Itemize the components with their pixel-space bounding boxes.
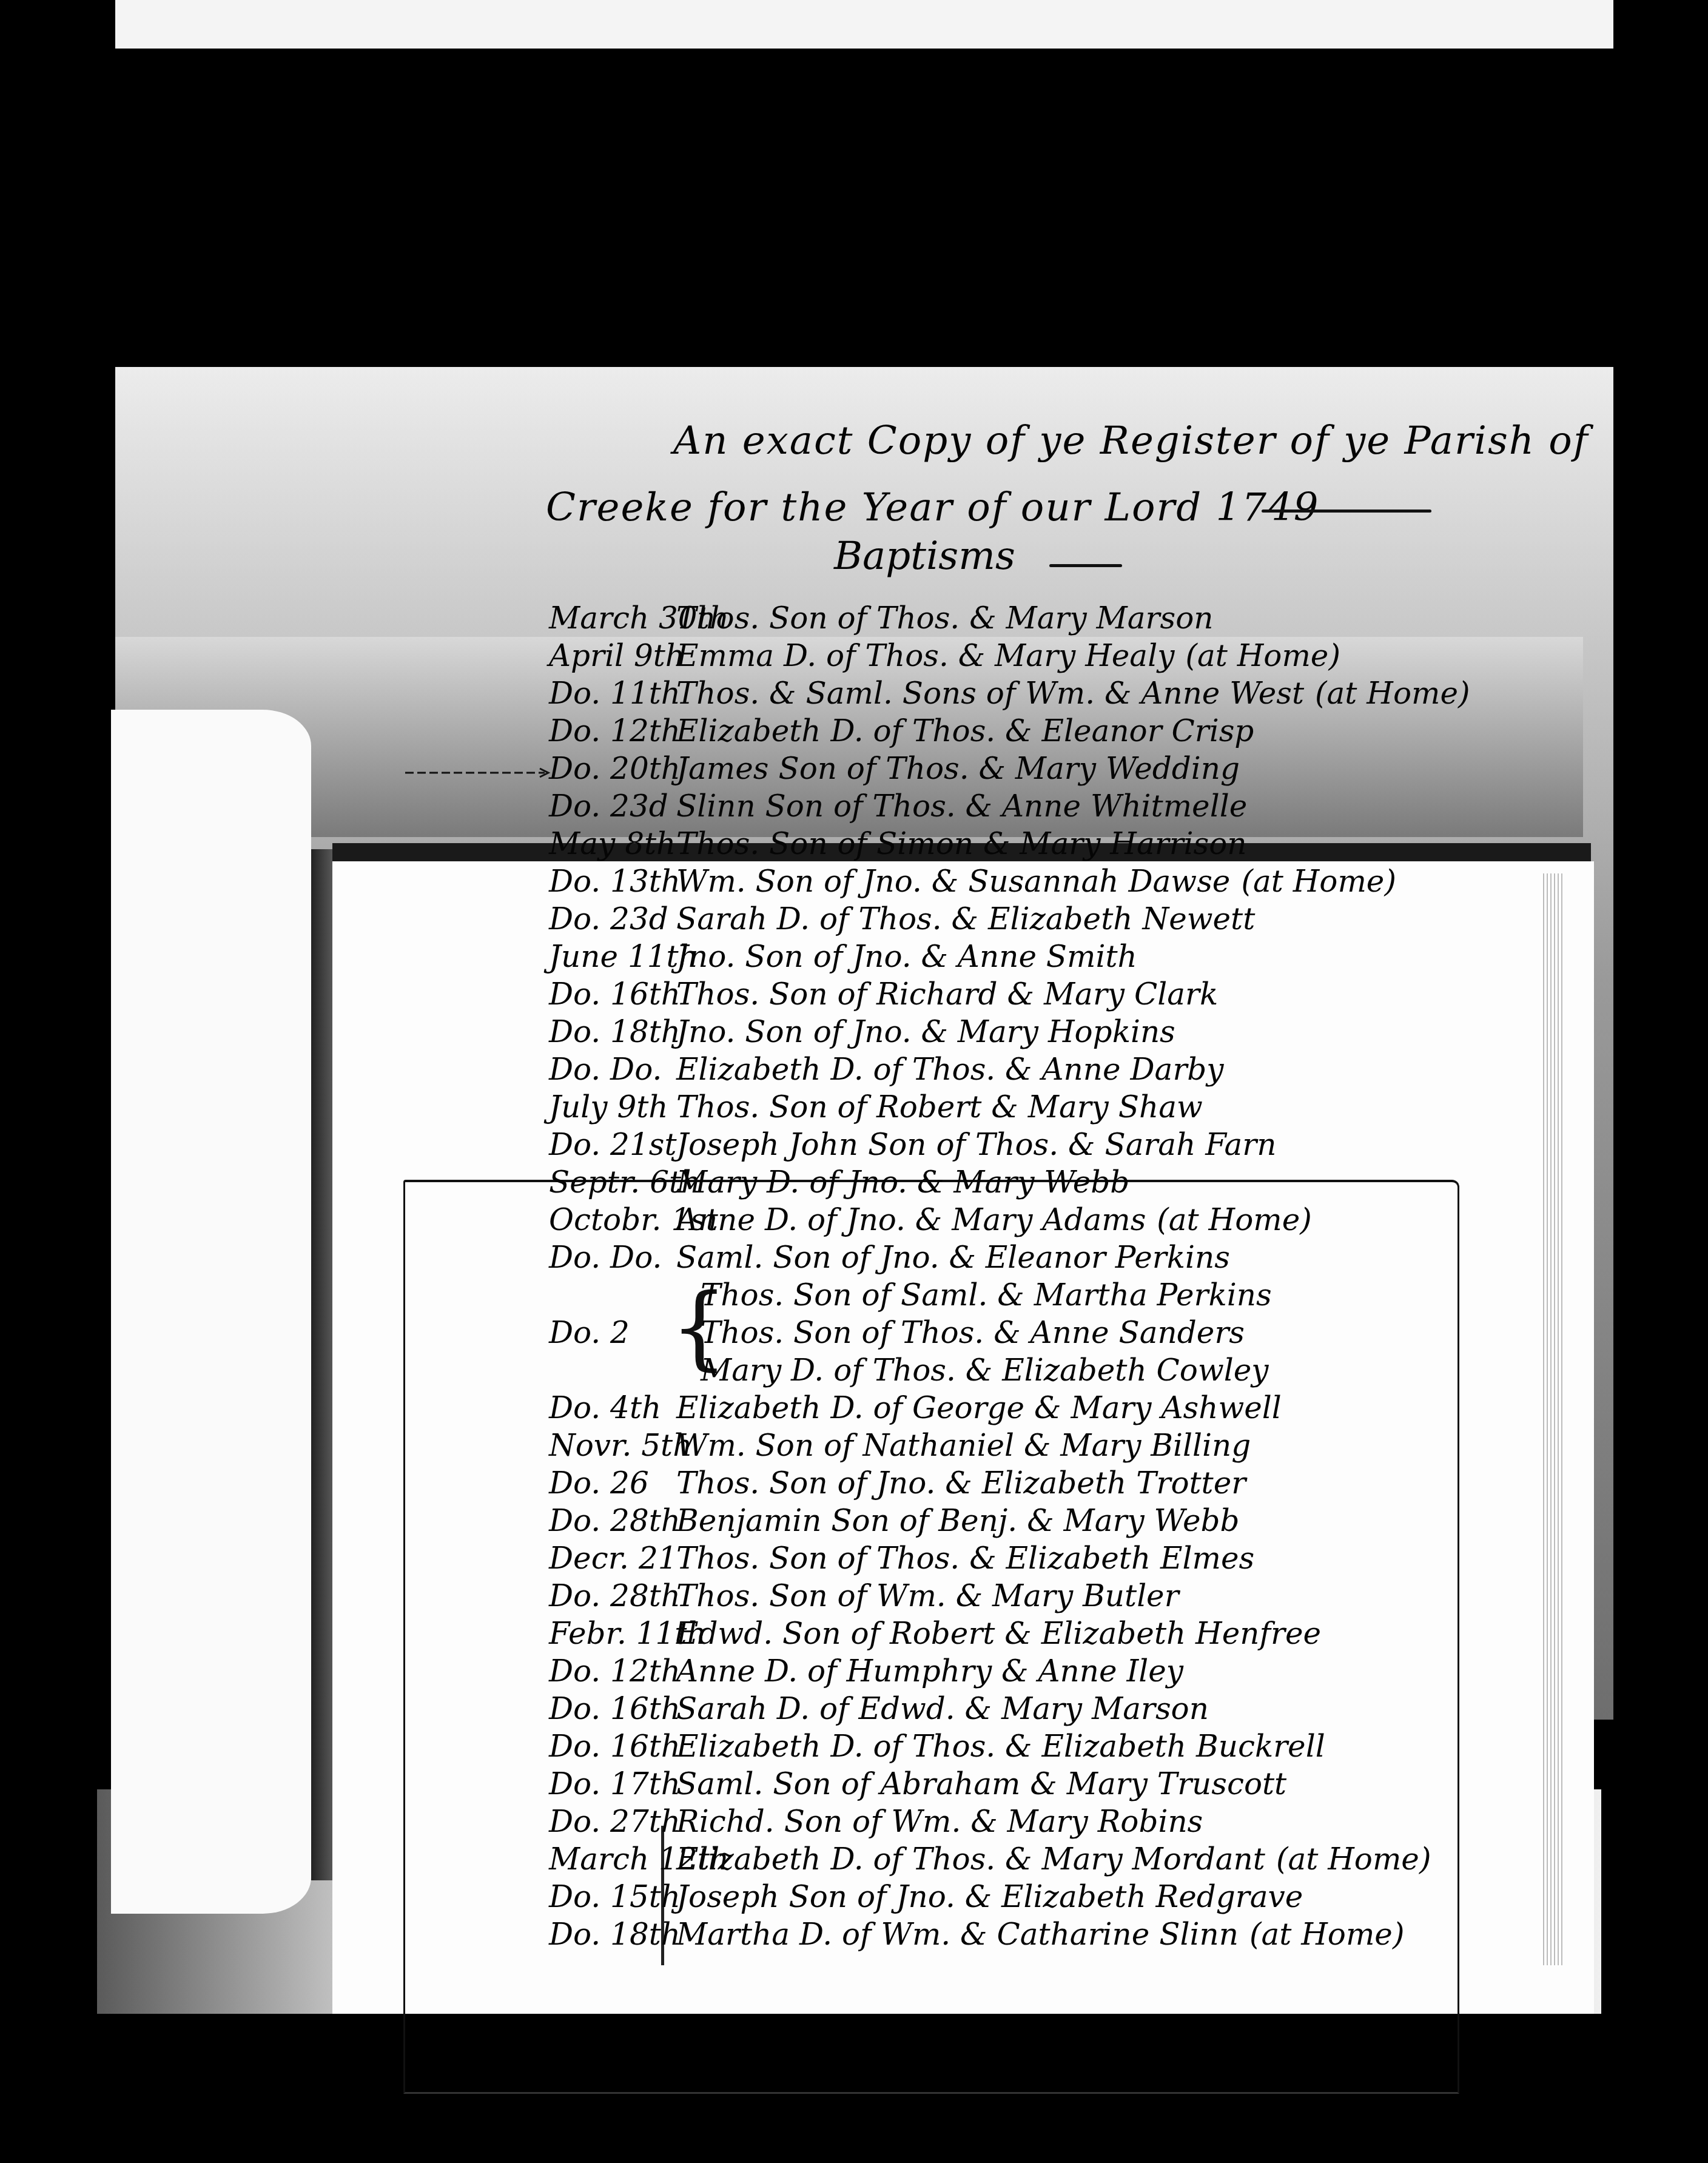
baptism-entry: Septr. 6thMary D. of Jno. & Mary Webb bbox=[549, 1165, 1459, 1202]
margin-arrow-icon bbox=[405, 767, 557, 779]
title-flourish bbox=[1262, 510, 1431, 513]
entry-text: Benjamin Son of Benj. & Mary Webb bbox=[676, 1503, 1240, 1538]
entry-text: James Son of Thos. & Mary Wedding bbox=[676, 751, 1240, 786]
entry-date: June 11th bbox=[549, 939, 676, 974]
baptism-entry: Febr. 11thEdwd. Son of Robert & Elizabet… bbox=[549, 1616, 1459, 1653]
entry-text: Thos. Son of Robert & Mary Shaw bbox=[676, 1089, 1203, 1125]
baptism-entry: Do. 28thThos. Son of Wm. & Mary Butler bbox=[549, 1578, 1459, 1616]
entry-note: (at Home) bbox=[1185, 638, 1340, 673]
entry-text: Edwd. Son of Robert & Elizabeth Henfree bbox=[676, 1616, 1321, 1651]
baptism-entry: June 11thJno. Son of Jno. & Anne Smith bbox=[549, 939, 1459, 977]
entry-text: Wm. Son of Jno. & Susannah Dawse bbox=[676, 864, 1230, 899]
entry-text: Saml. Son of Abraham & Mary Truscott bbox=[676, 1766, 1286, 1801]
entry-date: Do. 18th bbox=[549, 1917, 676, 1952]
entry-date: Octobr. 1st bbox=[549, 1202, 676, 1237]
entry-date: Do. 15th bbox=[549, 1879, 676, 1914]
baptism-entry: March 30thThos. Son of Thos. & Mary Mars… bbox=[549, 600, 1459, 638]
entry-text: Thos. Son of Saml. & Martha Perkins bbox=[701, 1277, 1272, 1313]
entry-date: Do. 23d bbox=[549, 901, 676, 937]
entry-date: Do. 11th bbox=[549, 676, 676, 711]
entry-date: April 9th bbox=[549, 638, 676, 673]
baptism-entry: Do. Do.Elizabeth D. of Thos. & Anne Darb… bbox=[549, 1052, 1459, 1089]
entry-text: Thos. Son of Wm. & Mary Butler bbox=[676, 1578, 1179, 1613]
baptism-entry: Do. 23dSarah D. of Thos. & Elizabeth New… bbox=[549, 901, 1459, 939]
baptism-entry: Do. 12thElizabeth D. of Thos. & Eleanor … bbox=[549, 713, 1459, 751]
entry-date: Do. 13th bbox=[549, 864, 676, 899]
entry-date: Do. 16th bbox=[549, 977, 676, 1012]
entry-text: Sarah D. of Thos. & Elizabeth Newett bbox=[676, 901, 1255, 937]
entry-date: Do. Do. bbox=[549, 1052, 676, 1087]
title-line-1: An exact Copy of ye Register of ye Paris… bbox=[673, 419, 1589, 463]
entry-date: Do. 16th bbox=[549, 1691, 676, 1726]
entry-date: Febr. 11th bbox=[549, 1616, 676, 1651]
entry-text: Elizabeth D. of Thos. & Mary Mordant bbox=[676, 1842, 1265, 1877]
entry-note: (at Home) bbox=[1276, 1842, 1431, 1877]
entry-date: Septr. 6th bbox=[549, 1165, 676, 1200]
entry-date: May 8th bbox=[549, 826, 676, 861]
baptism-entry: Do. Do.Saml. Son of Jno. & Eleanor Perki… bbox=[549, 1240, 1459, 1277]
entry-date: Do. 28th bbox=[549, 1578, 676, 1613]
entry-text: Thos. Son of Thos. & Elizabeth Elmes bbox=[676, 1541, 1254, 1576]
baptism-entry: May 8thThos. Son of Simon & Mary Harriso… bbox=[549, 826, 1459, 864]
entry-text: Anne D. of Jno. & Mary Adams bbox=[676, 1202, 1146, 1237]
entry-text: Mary D. of Thos. & Elizabeth Cowley bbox=[701, 1353, 1269, 1388]
baptism-entry: Do. 28thBenjamin Son of Benj. & Mary Web… bbox=[549, 1503, 1459, 1541]
baptism-entry: Do. 18thJno. Son of Jno. & Mary Hopkins bbox=[549, 1014, 1459, 1052]
entry-date: Do. 12th bbox=[549, 1653, 676, 1689]
entry-date: March 12th bbox=[549, 1842, 676, 1877]
baptism-entry: Do. 11thThos. & Saml. Sons of Wm. & Anne… bbox=[549, 676, 1459, 713]
entry-text: Sarah D. of Edwd. & Mary Marson bbox=[676, 1691, 1209, 1726]
entry-date: Do. 12th bbox=[549, 713, 676, 748]
baptism-entry: Do. 13thWm. Son of Jno. & Susannah Dawse… bbox=[549, 864, 1459, 901]
entry-note: (at Home) bbox=[1241, 864, 1396, 899]
baptism-entry: Do. 15thJoseph Son of Jno. & Elizabeth R… bbox=[549, 1879, 1459, 1917]
baptism-entry: Do. 4thElizabeth D. of George & Mary Ash… bbox=[549, 1390, 1459, 1428]
entry-date: Do. 21st bbox=[549, 1127, 676, 1162]
entry-text: Elizabeth D. of Thos. & Elizabeth Buckre… bbox=[676, 1729, 1325, 1764]
baptism-entry: Do. 27thRichd. Son of Wm. & Mary Robins bbox=[549, 1804, 1459, 1842]
baptism-entry: July 9thThos. Son of Robert & Mary Shaw bbox=[549, 1089, 1459, 1127]
entry-date: July 9th bbox=[549, 1089, 676, 1125]
heading-flourish bbox=[1049, 564, 1122, 567]
entry-date: Novr. 5th bbox=[549, 1428, 676, 1463]
baptism-entry: Do. 16thThos. Son of Richard & Mary Clar… bbox=[549, 977, 1459, 1014]
bracketed-entry-group: Do. 2{Thos. Son of Saml. & Martha Perkin… bbox=[549, 1277, 1459, 1390]
baptism-entry: Do. 21stJoseph John Son of Thos. & Sarah… bbox=[549, 1127, 1459, 1165]
baptism-entry: Do. 23dSlinn Son of Thos. & Anne Whitmel… bbox=[549, 789, 1459, 826]
entry-text: Martha D. of Wm. & Catharine Slinn bbox=[676, 1917, 1239, 1952]
register-document: An exact Copy of ye Register of ye Paris… bbox=[0, 0, 1708, 2163]
entry-text: Thos. & Saml. Sons of Wm. & Anne West bbox=[676, 676, 1304, 711]
entry-text: Elizabeth D. of Thos. & Anne Darby bbox=[676, 1052, 1224, 1087]
entry-text: Thos. Son of Thos. & Mary Marson bbox=[676, 600, 1213, 636]
baptism-entry: Do. 18thMartha D. of Wm. & Catharine Sli… bbox=[549, 1917, 1459, 1954]
baptism-entry: Do. 26Thos. Son of Jno. & Elizabeth Trot… bbox=[549, 1465, 1459, 1503]
entry-text: Elizabeth D. of Thos. & Eleanor Crisp bbox=[676, 713, 1254, 748]
entry-date: Do. 4th bbox=[549, 1390, 676, 1425]
entry-text: Joseph Son of Jno. & Elizabeth Redgrave bbox=[676, 1879, 1303, 1914]
baptism-entry: Thos. Son of Saml. & Martha Perkins bbox=[549, 1277, 1459, 1315]
section-heading: Baptisms bbox=[834, 534, 1015, 579]
entry-text: Mary D. of Jno. & Mary Webb bbox=[676, 1165, 1129, 1200]
baptism-entry: Do. 20thJames Son of Thos. & Mary Weddin… bbox=[549, 751, 1459, 789]
entry-date: Do. 27th bbox=[549, 1804, 676, 1839]
baptism-entry: Do. 12thAnne D. of Humphry & Anne Iley bbox=[549, 1653, 1459, 1691]
entry-note: (at Home) bbox=[1249, 1917, 1405, 1952]
entry-text: Jno. Son of Jno. & Anne Smith bbox=[676, 939, 1137, 974]
entry-text: Thos. Son of Thos. & Anne Sanders bbox=[701, 1315, 1245, 1350]
entry-date: Do. 17th bbox=[549, 1766, 676, 1801]
entry-text: Richd. Son of Wm. & Mary Robins bbox=[676, 1804, 1203, 1839]
entry-text: Jno. Son of Jno. & Mary Hopkins bbox=[676, 1014, 1175, 1049]
entry-text: Joseph John Son of Thos. & Sarah Farn bbox=[676, 1127, 1276, 1162]
title-line-2: Creeke for the Year of our Lord 1749 bbox=[546, 485, 1319, 530]
entry-date: Do. 23d bbox=[549, 789, 676, 824]
entry-text: Thos. Son of Jno. & Elizabeth Trotter bbox=[676, 1465, 1246, 1501]
entry-text: Wm. Son of Nathaniel & Mary Billing bbox=[676, 1428, 1251, 1463]
entry-text: Thos. Son of Simon & Mary Harrison bbox=[676, 826, 1247, 861]
entry-text: Thos. Son of Richard & Mary Clark bbox=[676, 977, 1218, 1012]
baptism-entry: April 9thEmma D. of Thos. & Mary Healy(a… bbox=[549, 638, 1459, 676]
entry-date: Do. 16th bbox=[549, 1729, 676, 1764]
baptism-entries: March 30thThos. Son of Thos. & Mary Mars… bbox=[549, 600, 1459, 1954]
entry-date: Do. 20th bbox=[549, 751, 676, 786]
baptism-entry: Do. 17thSaml. Son of Abraham & Mary Trus… bbox=[549, 1766, 1459, 1804]
entry-date: Do. Do. bbox=[549, 1240, 676, 1275]
baptism-entry: Novr. 5thWm. Son of Nathaniel & Mary Bil… bbox=[549, 1428, 1459, 1465]
entry-text: Saml. Son of Jno. & Eleanor Perkins bbox=[676, 1240, 1230, 1275]
entry-note: (at Home) bbox=[1157, 1202, 1312, 1237]
entry-text: Slinn Son of Thos. & Anne Whitmelle bbox=[676, 789, 1247, 824]
entry-text: Elizabeth D. of George & Mary Ashwell bbox=[676, 1390, 1282, 1425]
baptism-entry: Thos. Son of Thos. & Anne Sanders bbox=[549, 1315, 1459, 1353]
baptism-entry: March 12thElizabeth D. of Thos. & Mary M… bbox=[549, 1842, 1459, 1879]
entry-date: Decr. 21 bbox=[549, 1541, 676, 1576]
entry-text: Anne D. of Humphry & Anne Iley bbox=[676, 1653, 1183, 1689]
entry-date: Do. 26 bbox=[549, 1465, 676, 1501]
baptism-entry: Octobr. 1stAnne D. of Jno. & Mary Adams(… bbox=[549, 1202, 1459, 1240]
entry-date: Do. 28th bbox=[549, 1503, 676, 1538]
entry-date: March 30th bbox=[549, 600, 676, 636]
baptism-entry: Mary D. of Thos. & Elizabeth Cowley bbox=[549, 1353, 1459, 1390]
entry-text: Emma D. of Thos. & Mary Healy bbox=[676, 638, 1174, 673]
baptism-entry: Do. 16thSarah D. of Edwd. & Mary Marson bbox=[549, 1691, 1459, 1729]
entry-date: Do. 18th bbox=[549, 1014, 676, 1049]
baptism-entry: Decr. 21Thos. Son of Thos. & Elizabeth E… bbox=[549, 1541, 1459, 1578]
entry-note: (at Home) bbox=[1315, 676, 1470, 711]
baptism-entry: Do. 16thElizabeth D. of Thos. & Elizabet… bbox=[549, 1729, 1459, 1766]
